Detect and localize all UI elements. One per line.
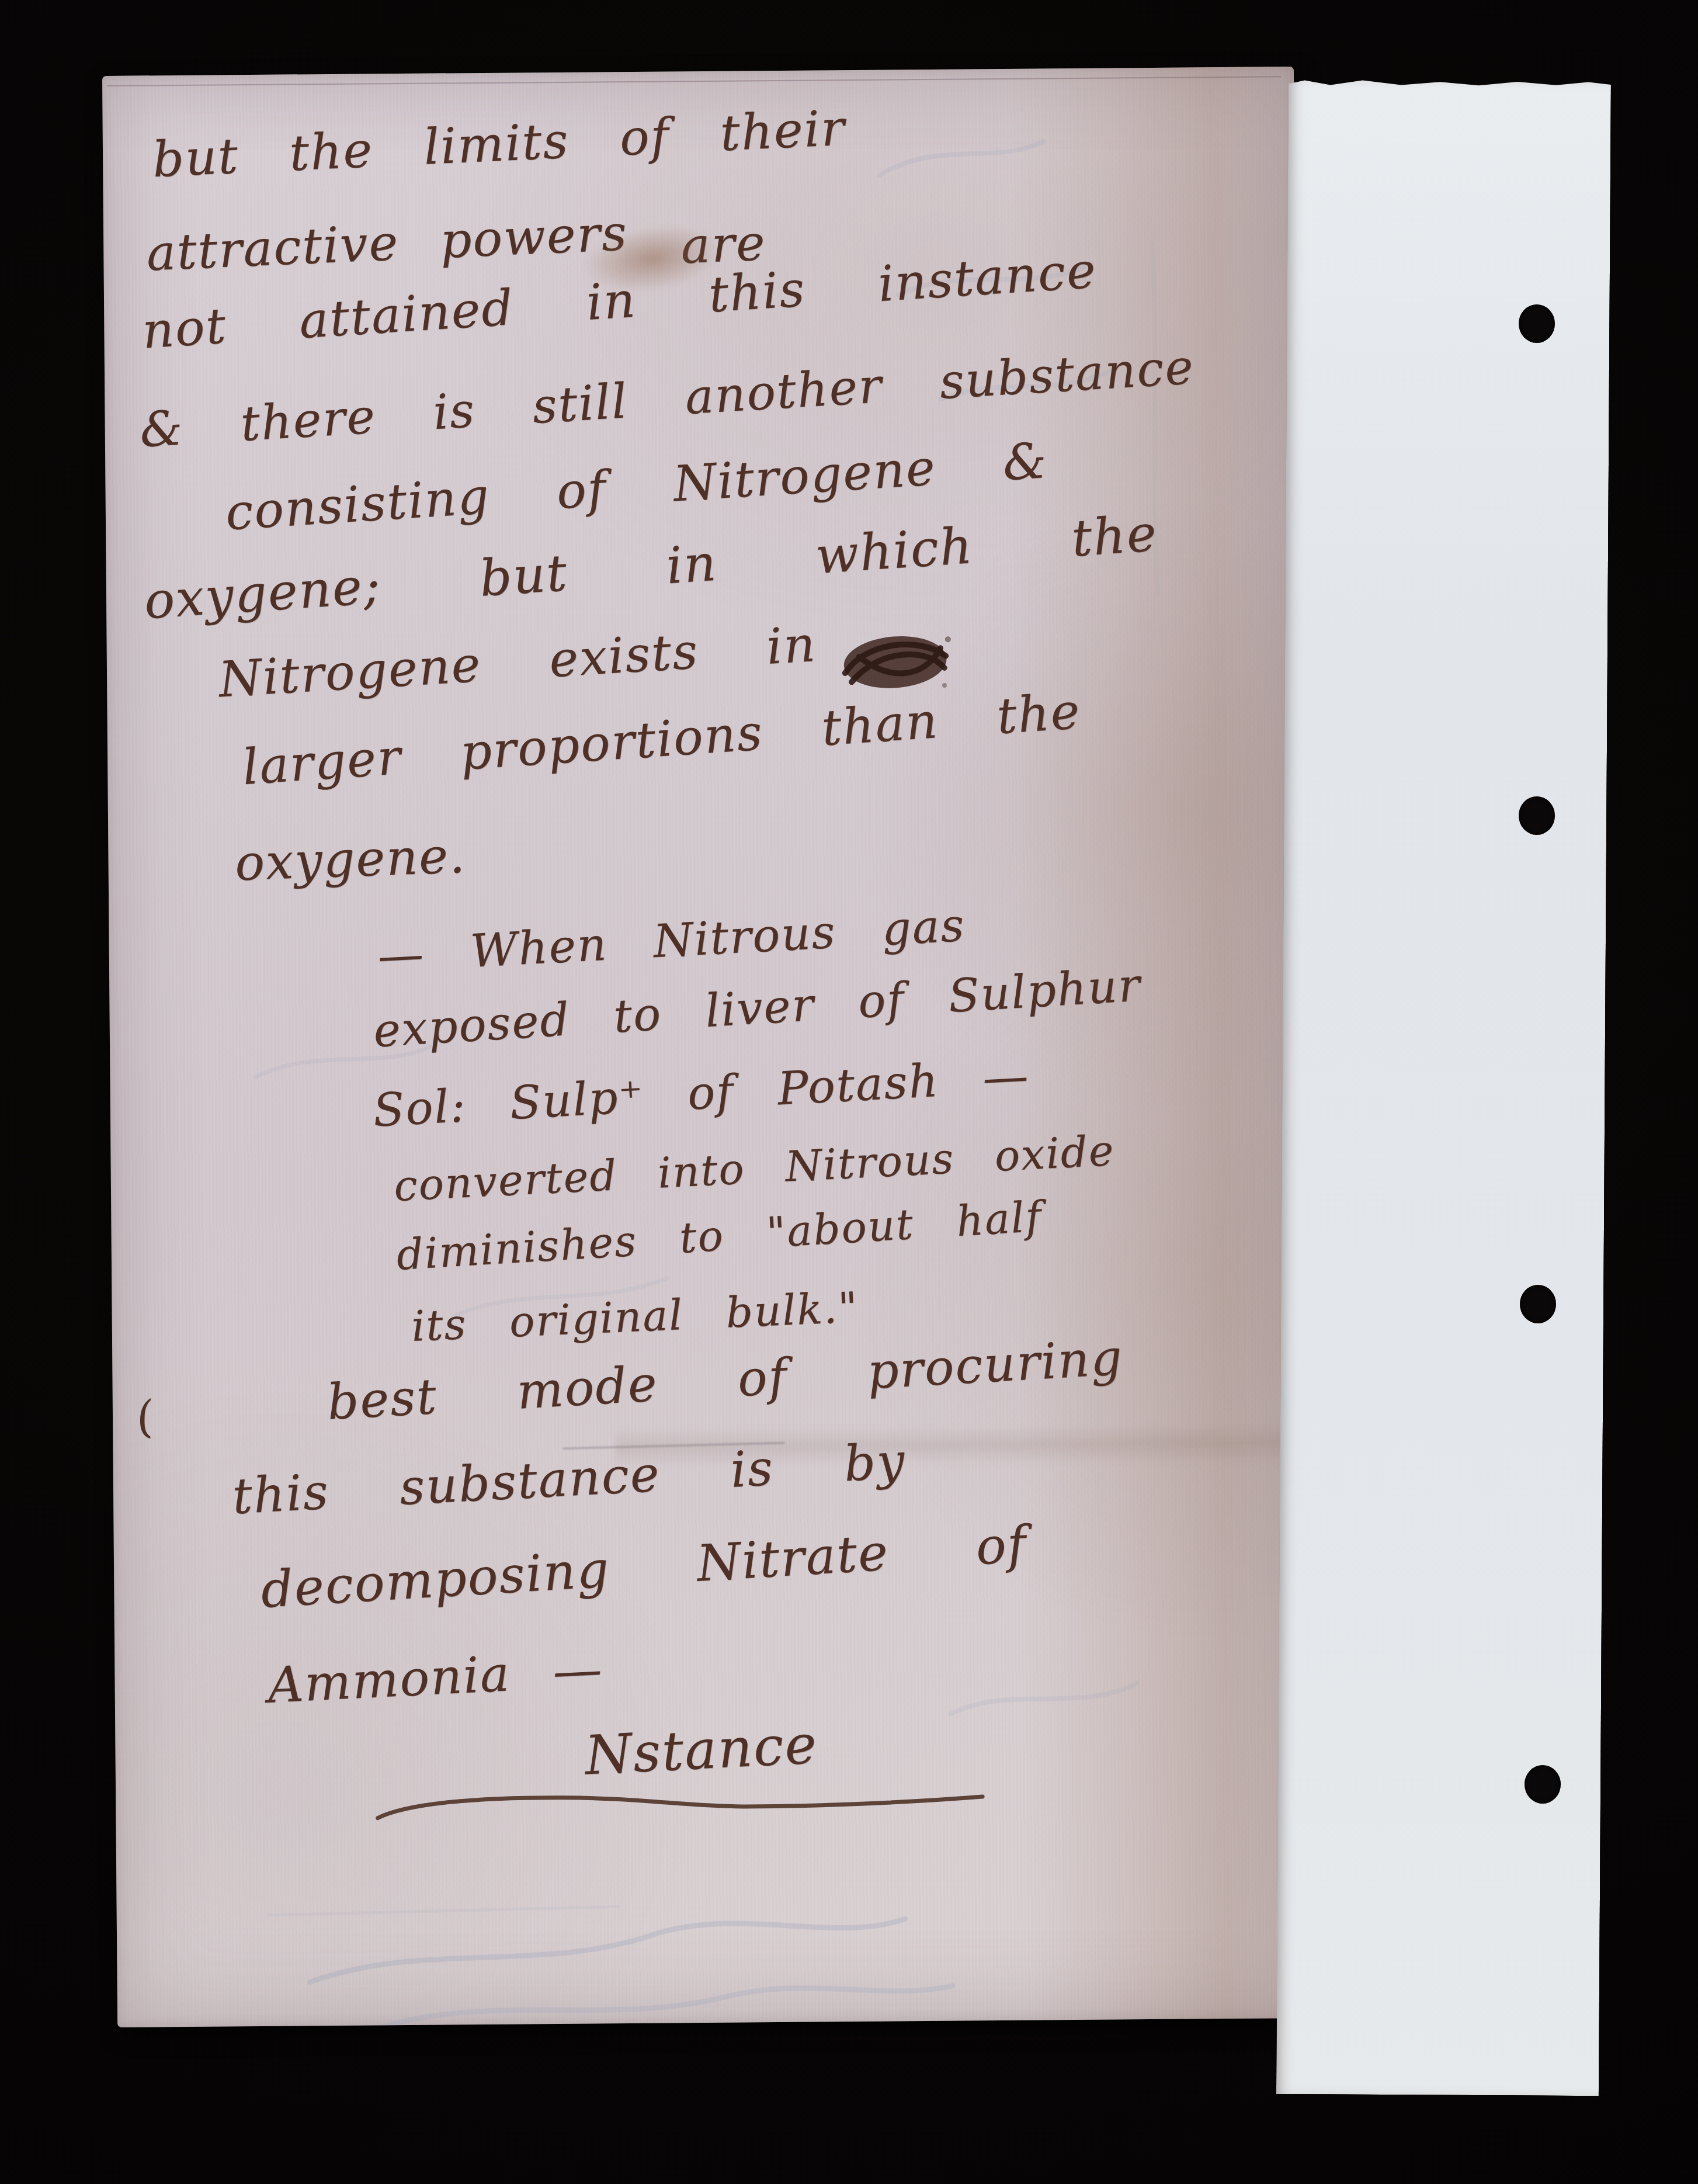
handwritten-line-17: this substance is by: [231, 1432, 907, 1525]
handwritten-line-07: Nitrogene exists in: [217, 615, 818, 708]
handwritten-line-02: attractive powers: [145, 204, 629, 282]
top-edge-line: [107, 76, 1281, 86]
handwritten-line-10: — When Nitrous gas: [376, 899, 966, 983]
flourish-underline: [371, 1784, 991, 1824]
handwritten-line-01: but the limits of their: [151, 99, 847, 189]
handwritten-line-12: Sol: Sulp⁺ of Potash —: [371, 1050, 1030, 1138]
handwritten-line-19: Ammonia —: [266, 1640, 604, 1714]
handwritten-line-15: its original bulk.": [411, 1282, 860, 1351]
manuscript-page: but the limits of their attractive power…: [102, 67, 1309, 2027]
photo-backdrop: but the limits of their attractive power…: [0, 0, 1698, 2184]
punch-hole-3: [1520, 1285, 1556, 1323]
margin-tick: (: [132, 1391, 159, 1444]
handwritten-line-20: Nstance: [584, 1713, 820, 1787]
handwritten-line-09: oxygene.: [234, 827, 467, 892]
punch-hole-1: [1519, 304, 1555, 343]
handwritten-line-18: decomposing Nitrate of: [259, 1515, 1029, 1620]
punch-hole-4: [1525, 1765, 1561, 1804]
guard-strip: [1276, 79, 1611, 2096]
punch-hole-2: [1519, 796, 1555, 835]
